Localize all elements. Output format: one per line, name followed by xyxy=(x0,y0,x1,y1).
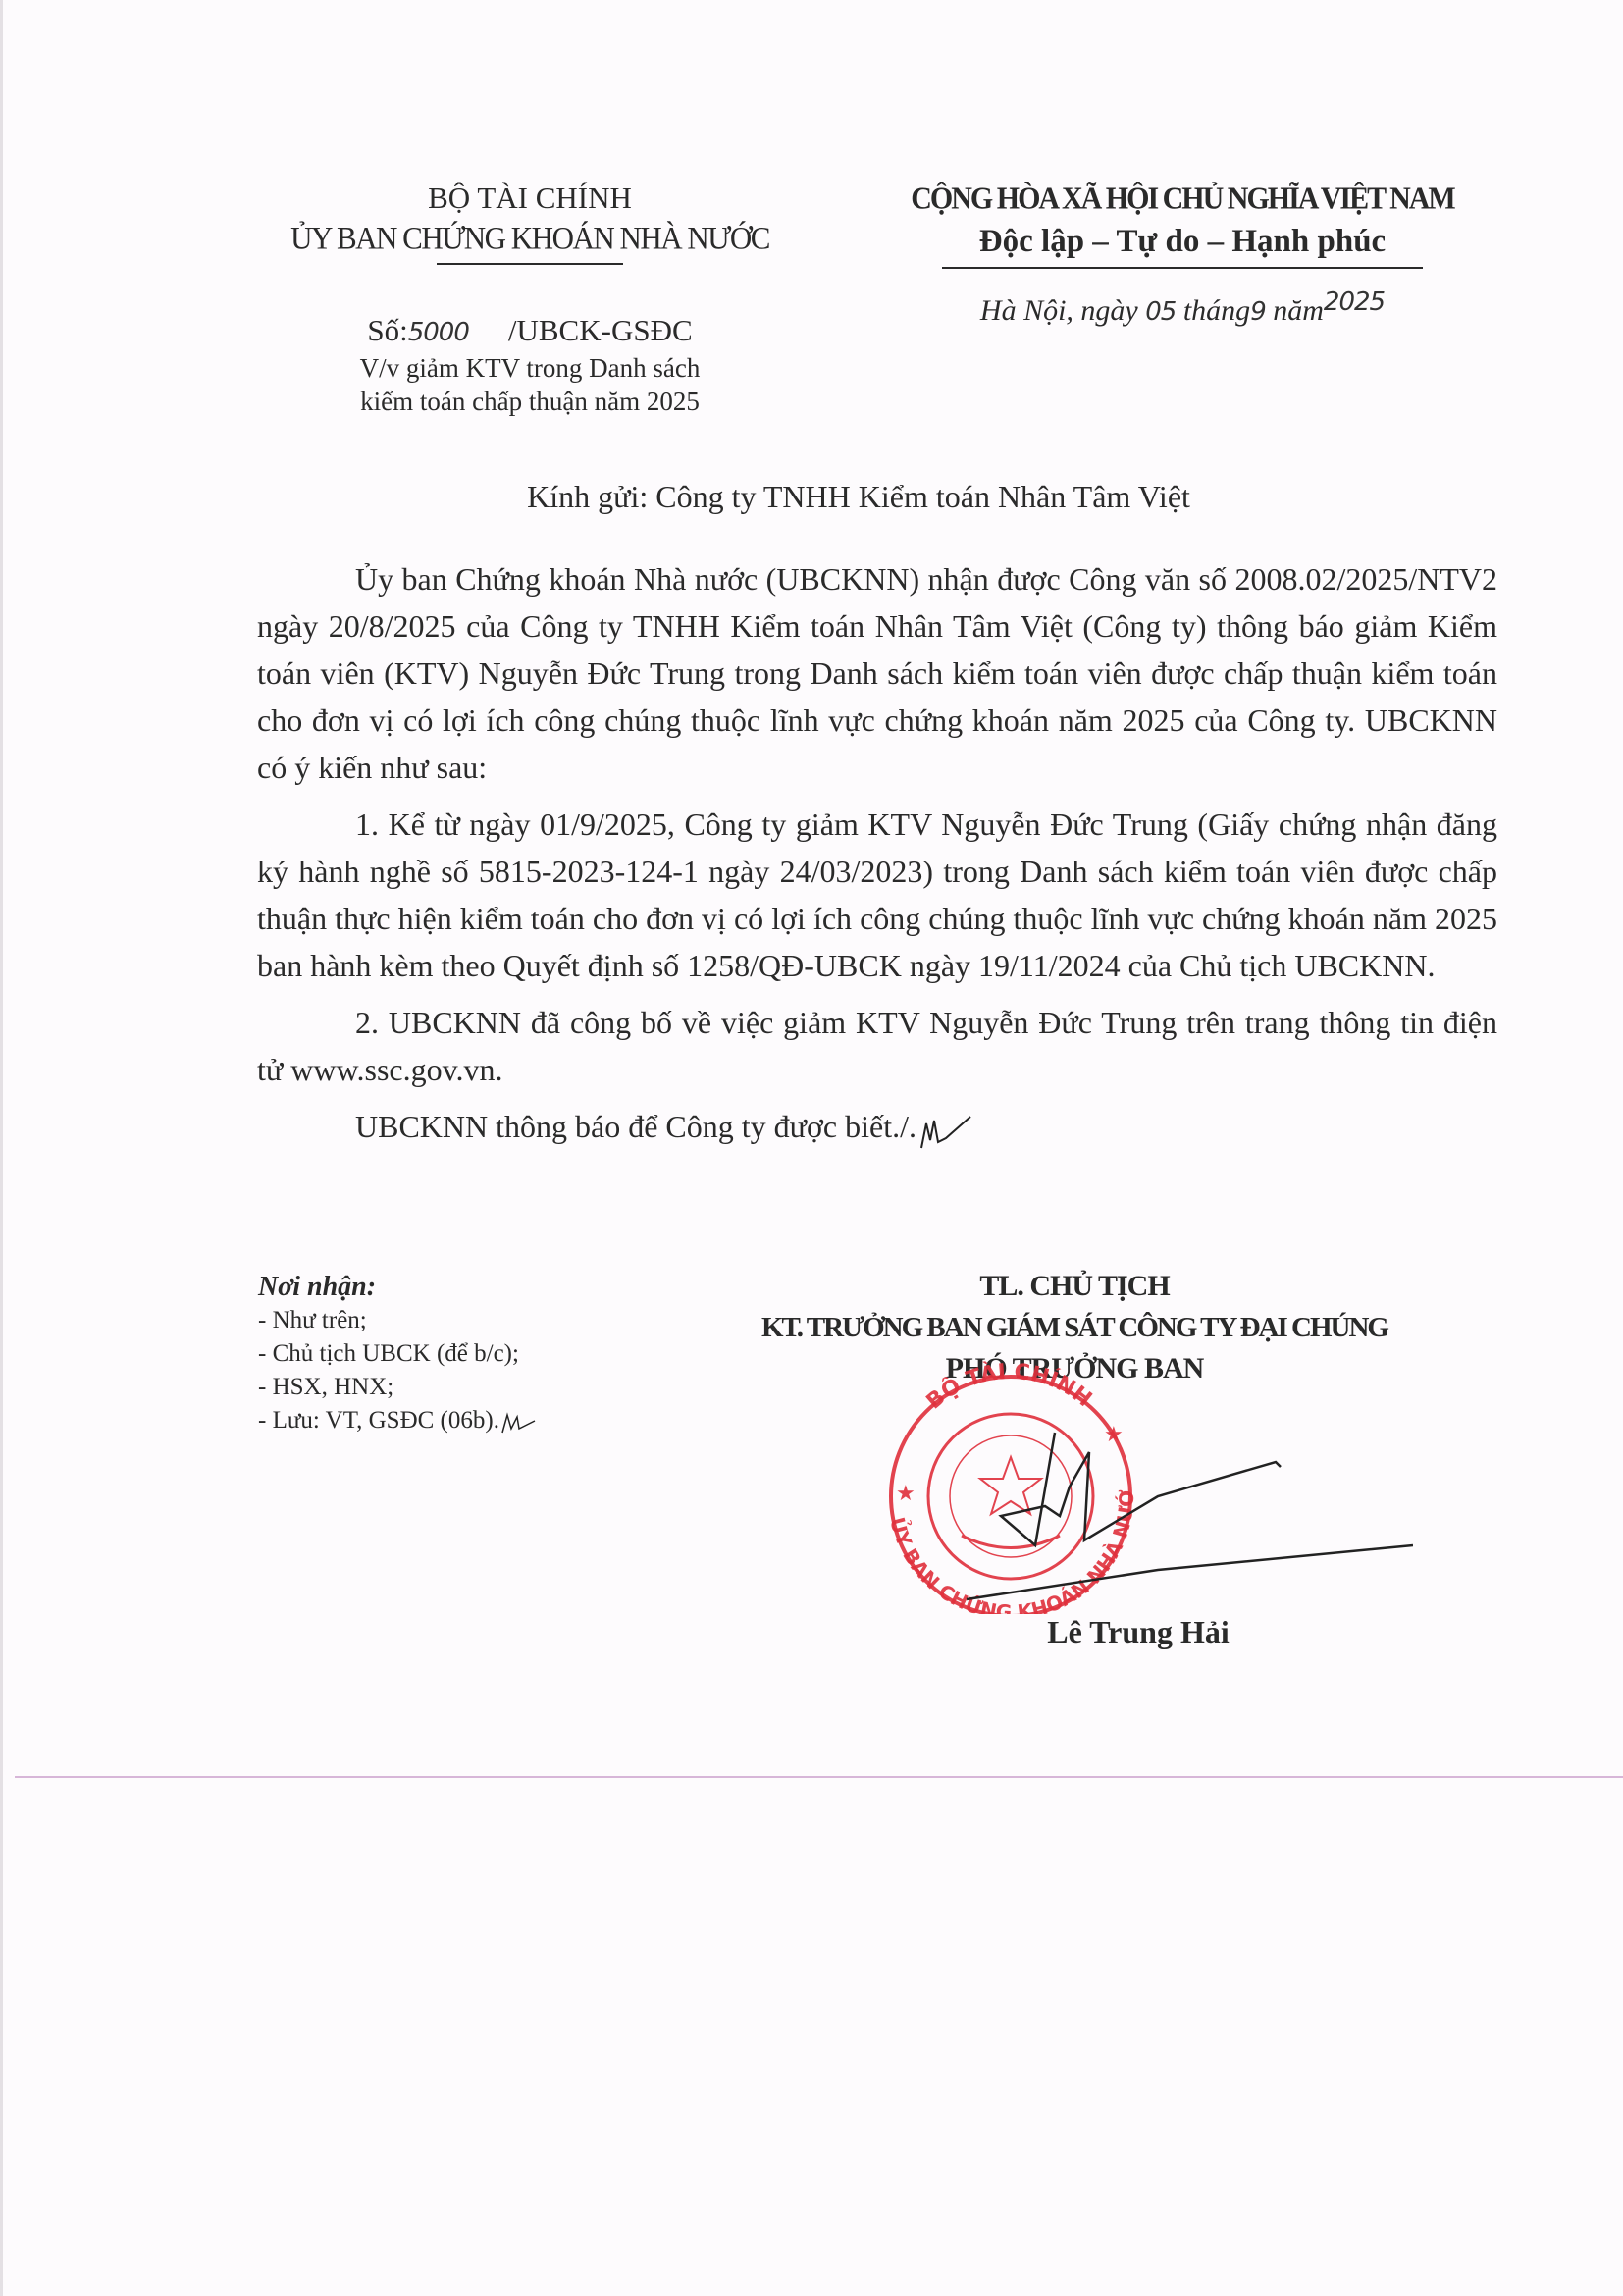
recipient-item: - Như trên; xyxy=(258,1304,651,1337)
recipient-item: - Chủ tịch UBCK (để b/c); xyxy=(258,1337,651,1371)
recipients-title: Nơi nhận: xyxy=(258,1271,651,1304)
initials-icon xyxy=(499,1407,539,1436)
recipient-item: - Lưu: VT, GSĐC (06b). xyxy=(258,1404,651,1437)
date-year-label: năm xyxy=(1273,294,1324,327)
date-line: Hà Nội, ngày 05 tháng9 năm2025 xyxy=(864,294,1501,328)
item-1-paragraph: 1. Kể từ ngày 01/9/2025, Công ty giảm KT… xyxy=(257,801,1497,989)
date-day: 05 xyxy=(1145,297,1176,327)
signature-line-2: KT. TRƯỞNG BAN GIÁM SÁT CÔNG TY ĐẠI CHÚN… xyxy=(667,1307,1482,1348)
official-stamp-icon: BỘ TÀI CHÍNH ỦY BAN CHỨNG KHOÁN NHÀ NƯỚC… xyxy=(864,1359,1413,1614)
signer-name: Lê Trung Hải xyxy=(844,1614,1433,1650)
recipient-item-text: - Lưu: VT, GSĐC (06b). xyxy=(258,1407,499,1434)
national-title-block: CỘNG HÒA XÃ HỘI CHỦ NGHĨA VIỆT NAM Độc l… xyxy=(864,179,1501,269)
motto-underline xyxy=(942,267,1423,269)
ministry-name: BỘ TÀI CHÍNH xyxy=(236,179,824,218)
addressee: Kính gửi: Công ty TNHH Kiểm toán Nhân Tâ… xyxy=(294,479,1423,515)
signature-line-1: TL. CHỦ TỊCH xyxy=(667,1266,1482,1307)
agency-name: ỦY BAN CHỨNG KHOÁN NHÀ NƯỚC xyxy=(236,217,824,260)
closing-text: UBCKNN thông báo để Công ty được biết./. xyxy=(355,1109,916,1144)
initials-icon xyxy=(916,1109,975,1152)
page-bottom-divider xyxy=(15,1776,1623,1778)
svg-text:BỘ TÀI CHÍNH: BỘ TÀI CHÍNH xyxy=(922,1360,1096,1415)
letter-body: Ủy ban Chứng khoán Nhà nước (UBCKNN) nhậ… xyxy=(257,555,1497,1152)
reference-block: Số:5000/UBCK-GSĐC V/v giảm KTV trong Dan… xyxy=(236,312,824,418)
country-name: CỘNG HÒA XÃ HỘI CHỦ NGHĨA VIỆT NAM xyxy=(864,178,1501,221)
issuer-block: BỘ TÀI CHÍNH ỦY BAN CHỨNG KHOÁN NHÀ NƯỚC xyxy=(236,179,824,265)
date-prefix: Hà Nội, ngày xyxy=(980,294,1138,327)
so-suffix: /UBCK-GSĐC xyxy=(508,313,693,347)
date-year: 2025 xyxy=(1324,287,1385,317)
date-month-label: tháng xyxy=(1183,294,1250,327)
subject-line-2: kiểm toán chấp thuận năm 2025 xyxy=(236,385,824,418)
closing-paragraph: UBCKNN thông báo để Công ty được biết./. xyxy=(257,1103,1497,1152)
subject-line-1: V/v giảm KTV trong Danh sách xyxy=(236,351,824,385)
recipient-item: - HSX, HNX; xyxy=(258,1371,651,1404)
agency-underline xyxy=(437,263,623,265)
date-month: 9 xyxy=(1250,297,1266,327)
so-number: 5000 xyxy=(408,318,469,347)
svg-text:★: ★ xyxy=(896,1482,916,1506)
motto: Độc lập – Tự do – Hạnh phúc xyxy=(864,220,1501,263)
item-2-paragraph: 2. UBCKNN đã công bố về việc giảm KTV Ng… xyxy=(257,999,1497,1093)
scan-edge xyxy=(0,0,3,2296)
svg-text:★: ★ xyxy=(1104,1423,1124,1447)
intro-paragraph: Ủy ban Chứng khoán Nhà nước (UBCKNN) nhậ… xyxy=(257,555,1497,791)
so-label: Số: xyxy=(367,313,407,347)
recipients-block: Nơi nhận: - Như trên; - Chủ tịch UBCK (đ… xyxy=(258,1271,651,1437)
